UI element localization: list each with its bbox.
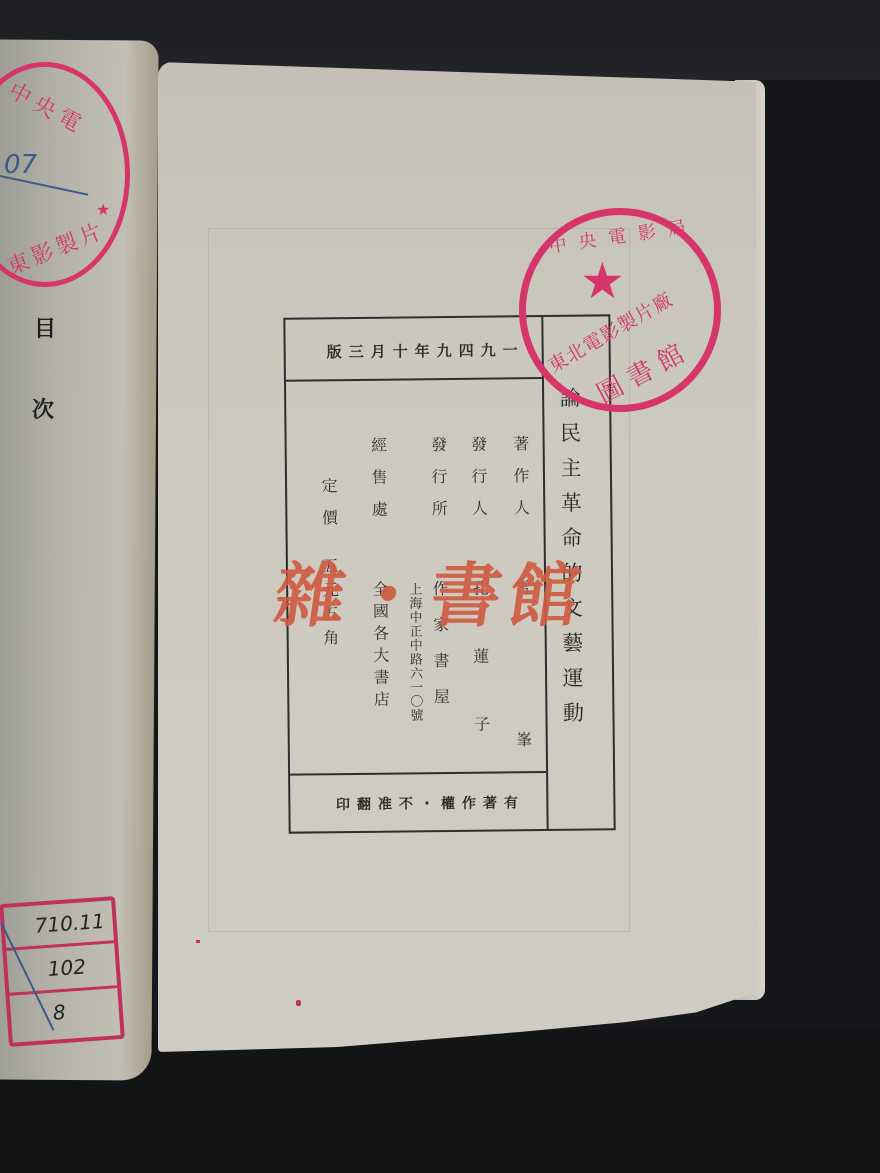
credit-label-publisher: 發行人 <box>467 436 491 532</box>
handwritten-number: 07 <box>4 150 37 180</box>
edition-row-divider <box>286 377 542 381</box>
call-number-line-2: 102 <box>47 954 87 981</box>
hammer-sickle-star-icon: ★ <box>580 256 625 306</box>
call-number-line-3: 8 <box>52 1000 66 1025</box>
shop-watermark: 雜・書館 <box>269 540 595 641</box>
credit-label-price: 定價 <box>317 477 341 541</box>
ink-spot <box>296 1000 301 1006</box>
call-box-strike <box>0 922 54 1031</box>
credit-label-publishing-house: 發行所 <box>427 436 451 532</box>
credit-label-author: 著作人 <box>509 435 533 531</box>
edition-line: 一九四九年十月三版 <box>316 339 536 362</box>
credit-label-distributor: 經售處 <box>367 437 391 533</box>
copyright-row-divider <box>290 771 546 775</box>
ink-spot <box>196 940 200 943</box>
copyright-notice: 有著作權・不准翻印 <box>320 792 540 814</box>
toc-heading-char-1: 目 <box>34 312 56 343</box>
call-number-line-1: 710.11 <box>34 909 105 938</box>
stamp-star-icon: ★ <box>96 200 110 219</box>
toc-heading-char-2: 次 <box>32 393 54 424</box>
call-number-box: 710.11 102 8 <box>0 896 125 1047</box>
call-box-divider <box>9 985 117 996</box>
call-box-divider <box>6 940 114 951</box>
